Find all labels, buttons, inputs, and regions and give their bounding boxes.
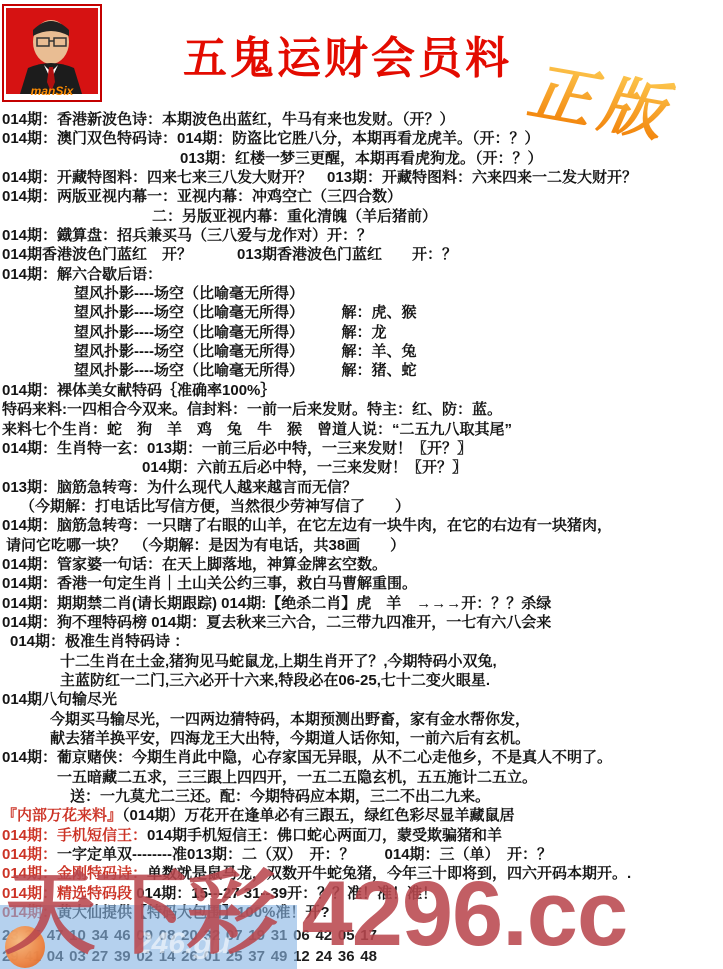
portrait-image	[6, 8, 98, 94]
line-text: 送：一九莫尤二三还。配：今期特码应本期，三二不出二九来。	[70, 788, 490, 805]
text-line: 014期八句输尽光	[2, 690, 723, 709]
text-line: 014期：狗不理特码榜 014期：夏去秋来三六合，二三带九四准开，一七有六八会来	[2, 613, 723, 632]
text-line: 013期：红楼一梦三更醒，本期再看虎狗龙。（开：？）	[2, 149, 723, 168]
text-line: 特码来料:一四相合今双来。信封料：一前一后来发财。特主：红、防：蓝。	[2, 400, 723, 419]
line-text: 014期：期期禁二肖(请长期跟踪) 014期:【绝杀二肖】虎 羊 →→→开：？？…	[2, 595, 551, 612]
text-line: 望风扑影----场空（比喻毫无所得） 解：龙	[2, 323, 723, 342]
line-text: 014期：六前五后必中特，一三来发财！〖开？〗	[142, 459, 467, 476]
line-text: 014期：裸体美女献特码｛准确率100%｝	[2, 382, 275, 399]
text-line: 014期：脑筋急转弯：一只瞎了右眼的山羊，在它左边有一块牛肉，在它的右边有一块猪…	[2, 516, 723, 535]
text-line: 献去猪羊换平安，四海龙王大出特，今期道人话你知，一前六后有玄机。	[2, 729, 723, 748]
text-line: 014期：极准生肖特码诗 ：	[2, 632, 723, 651]
line-text: 014期：香港一句定生肖｜土山关公约三事，救白马曹解重围。	[2, 575, 417, 592]
text-line: 014期：管家婆一句话：在天上脚落地，神算金牌玄空数。	[2, 555, 723, 574]
line-text: 望风扑影----场空（比喻毫无所得） 解：龙	[74, 324, 386, 341]
line-text: 014期：澳门双色特码诗：014期：防盗比它胜八分，本期再看龙虎羊。（开：？）	[2, 130, 540, 147]
text-line: 二：另版亚视内幕：重化清魄（羊后猪前）	[2, 207, 723, 226]
line-text: 主蓝防红一二门,三六必开十六来,特段必在06-25,七十二变火眼星.	[60, 672, 490, 689]
line-text: 望风扑影----场空（比喻毫无所得） 解：虎、猴	[74, 304, 416, 321]
text-line: 014期：澳门双色特码诗：014期：防盗比它胜八分，本期再看龙虎羊。（开：？）	[2, 129, 723, 148]
text-line: 014期：解六合歇后语：	[2, 265, 723, 284]
text-line: 014期：六前五后必中特，一三来发财！〖开？〗	[2, 458, 723, 477]
line-text: 望风扑影----场空（比喻毫无所得） 解：猪、蛇	[74, 362, 416, 379]
text-line: 今期买马输尽光，一四两边猜特码，本期预测出野畜，家有金水帮你发，	[2, 710, 723, 729]
line-text: 一字定单双--------准013期：二（双） 开：？ 014期：三（单） 开：…	[57, 846, 552, 863]
line-text: 014期：极准生肖特码诗 ：	[10, 633, 189, 650]
text-line: 014期：开藏特图料：四来七来三八发大财开？ 013期：开藏特图料：六来四来一二…	[2, 168, 723, 187]
line-text: 一五暗藏二五求，三三跟上四四开，一五二五隐玄机，五五施计二五立。	[57, 769, 537, 786]
text-lines: 014期：香港新波色诗：本期波色出蓝红，牛马有来也发财。（开？）014期：澳门双…	[2, 110, 723, 922]
line-text: 望风扑影----场空（比喻毫无所得） 解：羊、兔	[74, 343, 416, 360]
text-line: 014期：生肖特一玄：013期：一前三后必中特，一三来发财！〖开？〗	[2, 439, 723, 458]
text-line: 望风扑影----场空（比喻毫无所得） 解：猪、蛇	[2, 361, 723, 380]
text-line: 『内部万花来料』（014期）万花开在逢单必有三跟五，绿红色彩尽显羊藏鼠居	[2, 806, 723, 825]
text-line: 送：一九莫尤二三还。配：今期特码应本期，三二不出二九来。	[2, 787, 723, 806]
text-line: 014期：鐡算盘：招兵兼买马（三八爱与龙作对）开：？	[2, 226, 723, 245]
line-text: 望风扑影----场空（比喻毫无所得）	[74, 285, 304, 302]
line-text: 014期：狗不理特码榜 014期：夏去秋来三六合，二三带九四准开，一七有六八会来	[2, 614, 551, 631]
text-line: 014期：期期禁二肖(请长期跟踪) 014期:【绝杀二肖】虎 羊 →→→开：？？…	[2, 594, 723, 613]
line-text: 013期：脑筋急转弯：为什么现代人越来越言而无信？	[2, 479, 357, 496]
portrait-photo: manSix	[2, 4, 102, 102]
photo-caption: manSix	[4, 84, 100, 98]
text-line: 请问它吃哪一块？ （今期解：是因为有电话，共38画 ）	[2, 536, 723, 555]
page: manSix 五鬼运财会员料 正版 014期：香港新波色诗：本期波色出蓝红，牛马…	[0, 0, 723, 969]
text-line: 望风扑影----场空（比喻毫无所得） 解：羊、兔	[2, 342, 723, 361]
text-line: 013期：脑筋急转弯：为什么现代人越来越言而无信？	[2, 478, 723, 497]
text-line: 014期：手机短信王：014期手机短信王：佛口蛇心两面刀，蒙受欺骗猪和羊	[2, 826, 723, 845]
line-label: 014期：	[2, 846, 57, 863]
line-text: 014期：脑筋急转弯：一只瞎了右眼的山羊，在它左边有一块牛肉，在它的右边有一块猪…	[2, 517, 612, 534]
text-line: 来料七个生肖：蛇 狗 羊 鸡 兔 牛 猴 曾道人说：“二五九八取其尾”	[2, 420, 723, 439]
line-label: 『内部万花来料』	[2, 807, 122, 824]
line-text: 献去猪羊换平安，四海龙王大出特，今期道人话你知，一前六后有玄机。	[50, 730, 530, 747]
line-text: 014期：生肖特一玄：013期：一前三后必中特，一三来发财！〖开？〗	[2, 440, 472, 457]
line-text: 014期：香港新波色诗：本期波色出蓝红，牛马有来也发财。（开？）	[2, 111, 455, 128]
line-text: 十二生肖在土金,猪狗见马蛇鼠龙,上期生肖开了？,今期特码小双兔,	[60, 653, 497, 670]
line-text: 014期：管家婆一句话：在天上脚落地，神算金牌玄空数。	[2, 556, 387, 573]
line-text: 今期买马输尽光，一四两边猜特码，本期预测出野畜，家有金水帮你发，	[50, 711, 530, 728]
line-text: （今期解：打电话比写信方便，当然很少劳神写信了 ）	[20, 498, 410, 515]
line-text: 014期手机短信王：佛口蛇心两面刀，蒙受欺骗猪和羊	[147, 827, 502, 844]
text-line: 望风扑影----场空（比喻毫无所得） 解：虎、猴	[2, 303, 723, 322]
line-text: 来料七个生肖：蛇 狗 羊 鸡 兔 牛 猴 曾道人说：“二五九八取其尾”	[2, 421, 512, 438]
text-line: 014期：两版亚视内幕一：亚视内幕：冲鸡空亡（三四合数）	[2, 187, 723, 206]
line-text: 014期：鐡算盘：招兵兼买马（三八爱与龙作对）开：？	[2, 227, 372, 244]
text-line: 主蓝防红一二门,三六必开十六来,特段必在06-25,七十二变火眼星.	[2, 671, 723, 690]
text-line: 014期：裸体美女献特码｛准确率100%｝	[2, 381, 723, 400]
text-line: 014期：一字定单双--------准013期：二（双） 开：？ 014期：三（…	[2, 845, 723, 864]
page-title: 五鬼运财会员料	[183, 22, 512, 86]
site-watermark: 天下彩 4296.cc	[4, 868, 627, 960]
line-text: 014期：开藏特图料：四来七来三八发大财开？ 013期：开藏特图料：六来四来一二…	[2, 169, 637, 186]
text-line: 014期：葡京赌侠：今期生肖此中隐，心存家国无异眼，从不二心走他乡，不是真人不明…	[2, 748, 723, 767]
line-text: 二：另版亚视内幕：重化清魄（羊后猪前）	[152, 208, 437, 225]
line-text: 014期：两版亚视内幕一：亚视内幕：冲鸡空亡（三四合数）	[2, 188, 402, 205]
text-line: 014期香港波色门蓝红 开？ 013期香港波色门蓝红 开：？	[2, 245, 723, 264]
text-line: 014期：香港新波色诗：本期波色出蓝红，牛马有来也发财。（开？）	[2, 110, 723, 129]
line-text: 014期香港波色门蓝红 开？ 013期香港波色门蓝红 开：？	[2, 246, 457, 263]
line-text: 请问它吃哪一块？ （今期解：是因为有电话，共38画 ）	[6, 537, 405, 554]
line-text: 014期：葡京赌侠：今期生肖此中隐，心存家国无异眼，从不二心走他乡，不是真人不明…	[2, 749, 612, 766]
line-text: 014期：解六合歇后语：	[2, 266, 162, 283]
line-text: 013期：红楼一梦三更醒，本期再看虎狗龙。（开：？）	[180, 150, 543, 167]
line-label: 014期：手机短信王：	[2, 827, 147, 844]
line-text: （014期）万花开在逢单必有三跟五，绿红色彩尽显羊藏鼠居	[122, 807, 515, 824]
text-line: （今期解：打电话比写信方便，当然很少劳神写信了 ）	[2, 497, 723, 516]
text-line: 一五暗藏二五求，三三跟上四四开，一五二五隐玄机，五五施计二五立。	[2, 768, 723, 787]
line-text: 特码来料:一四相合今双来。信封料：一前一后来发财。特主：红、防：蓝。	[2, 401, 502, 418]
text-line: 十二生肖在土金,猪狗见马蛇鼠龙,上期生肖开了？,今期特码小双兔,	[2, 652, 723, 671]
line-text: 014期八句输尽光	[2, 691, 117, 708]
text-line: 望风扑影----场空（比喻毫无所得）	[2, 284, 723, 303]
text-line: 014期：香港一句定生肖｜土山关公约三事，救白马曹解重围。	[2, 574, 723, 593]
